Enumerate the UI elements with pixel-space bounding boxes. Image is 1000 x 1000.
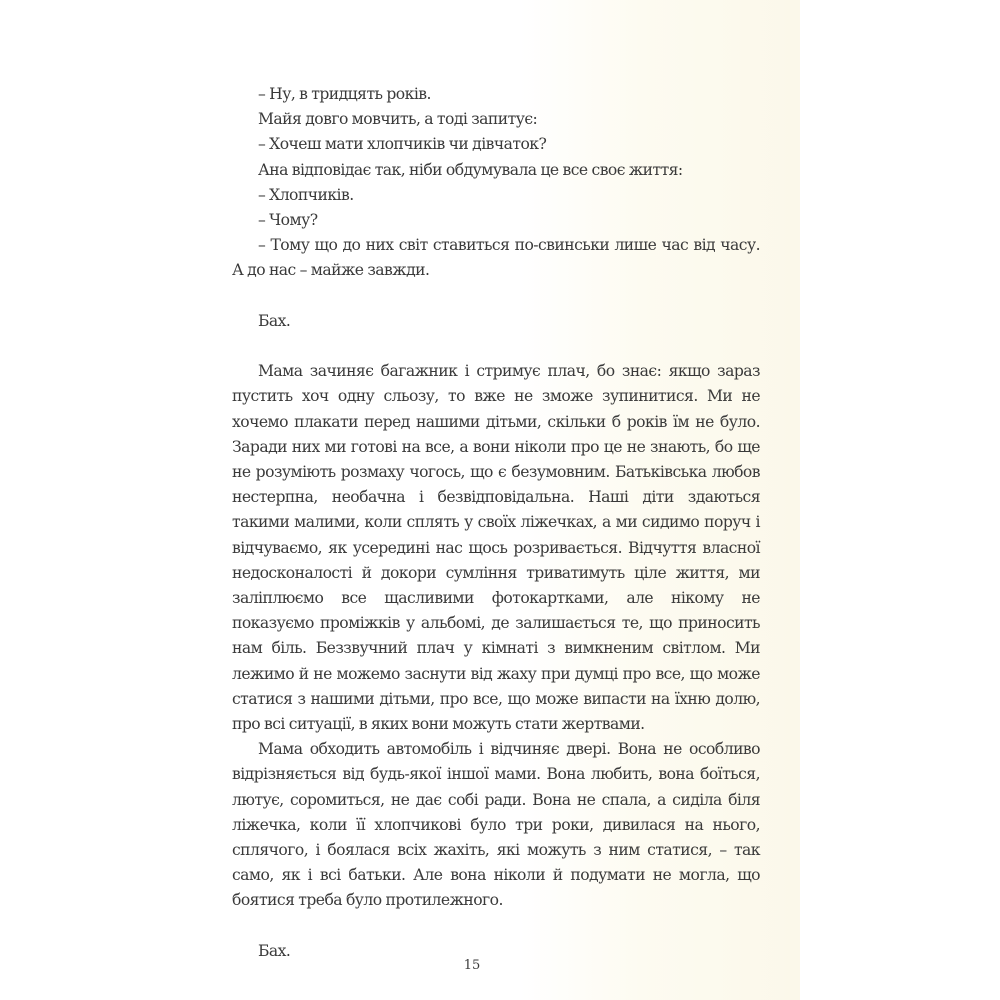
section-break-text: Бах. [232,939,760,964]
narration-line: Ана відповідає так, ніби обдумувала це в… [232,158,760,183]
dialogue-line: – Ну, в тридцять років. [232,82,760,107]
body-paragraph: Мама зачиняє багажник і стримує плач, бо… [232,359,760,737]
section-gap [232,334,760,359]
section-gap [232,914,760,939]
narration-line: Майя довго мовчить, а тоді запитує: [232,107,760,132]
body-paragraph: Мама обходить автомобіль і відчиняє двер… [232,737,760,913]
section-break-text: Бах. [232,309,760,334]
dialogue-line: – Тому що до них світ ставиться по-свинс… [232,233,760,283]
section-gap [232,284,760,309]
book-page: – Ну, в тридцять років. Майя довго мовчи… [0,0,800,1000]
page-number: 15 [457,958,487,973]
dialogue-line: – Хлопчиків. [232,183,760,208]
page-body-text: – Ну, в тридцять років. Майя довго мовчи… [232,82,760,964]
dialogue-line: – Хочеш мати хлопчиків чи дівчаток? [232,132,760,157]
dialogue-line: – Чому? [232,208,760,233]
